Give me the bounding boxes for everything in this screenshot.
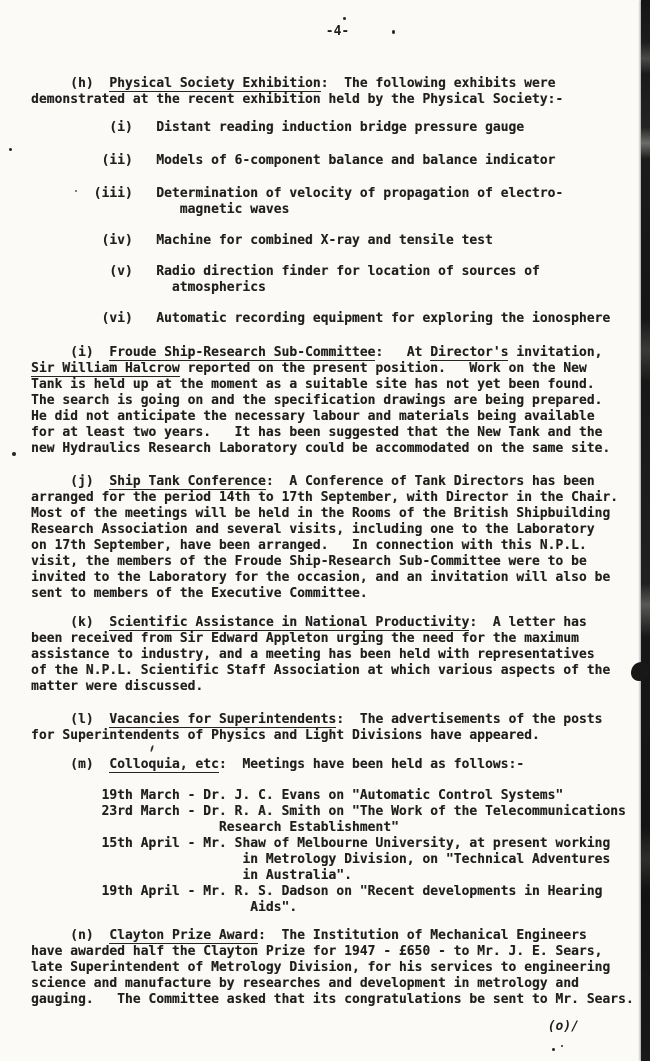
text-line: Research Association and several visits,…: [31, 522, 650, 538]
scan-edge-strip: [641, 0, 650, 1061]
text-line: in Metrology Division, on "Technical Adv…: [31, 852, 650, 868]
text-segment: in Metrology Division, on "Technical Adv…: [31, 852, 610, 867]
text-line: been received from Sir Edward Appleton u…: [31, 631, 650, 647]
underlined-heading-text: Clayton Prize Award: [109, 928, 258, 944]
underlined-heading-text: Sir William Halcrow: [31, 361, 180, 377]
text-segment: for Superintendents of Physics and Light…: [31, 728, 540, 743]
document-body: (h) Physical Society Exhibition: The fol…: [31, 76, 650, 1008]
text-segment: : At: [375, 345, 430, 360]
text-segment: visit, the members of the Froude Ship-Re…: [31, 554, 587, 569]
list-item-iv: (iv) Machine for combined X-ray and tens…: [31, 233, 650, 249]
paragraph-h-physical-society-exhibition: (h) Physical Society Exhibition: The fol…: [31, 76, 650, 108]
text-line: (i) Distant reading induction bridge pre…: [31, 120, 650, 136]
scan-speck: [392, 30, 395, 34]
text-segment: (n): [31, 928, 109, 943]
text-line: on 17th September, have been arranged. I…: [31, 538, 650, 554]
text-line: (j) Ship Tank Conference: A Conference o…: [31, 474, 650, 490]
paragraph-m-colloquia: (m) Colloquia, etc: Meetings have been h…: [31, 757, 650, 773]
text-line: of the N.P.L. Scientific Staff Associati…: [31, 663, 650, 679]
text-segment: : A letter has: [469, 615, 586, 630]
text-segment: 19th April - Mr. R. S. Dadson on "Recent…: [31, 884, 602, 899]
text-line: (iii) Determination of velocity of propa…: [31, 186, 650, 202]
text-segment: : The Institution of Mechanical Engineer…: [258, 928, 587, 943]
page-content: -4- (h) Physical Society Exhibition: The…: [0, 0, 650, 1035]
text-segment: in Australia".: [31, 868, 352, 883]
scan-speck: [561, 1045, 563, 1047]
text-segment: 23rd March - Dr. R. A. Smith on "The Wor…: [31, 804, 626, 819]
text-line: He did not anticipate the necessary labo…: [31, 409, 650, 425]
text-segment: Most of the meetings will be held in the…: [31, 506, 610, 521]
text-segment: matter were discussed.: [31, 679, 203, 694]
scanned-document-page: -4- (h) Physical Society Exhibition: The…: [0, 0, 650, 1061]
scan-speck: [75, 190, 77, 192]
text-line: gauging. The Committee asked that its co…: [31, 992, 650, 1008]
text-segment: 15th April - Mr. Shaw of Melbourne Unive…: [31, 836, 610, 851]
text-segment: arranged for the period 14th to 17th Sep…: [31, 490, 618, 505]
text-line: invited to the Laboratory for the occasi…: [31, 570, 650, 586]
paragraph-n-clayton-prize-award: (n) Clayton Prize Award: The Institution…: [31, 928, 650, 1008]
text-segment: have awarded half the Clayton Prize for …: [31, 944, 602, 959]
text-segment: (iv) Machine for combined X-ray and tens…: [31, 233, 493, 248]
text-segment: atmospherics: [31, 280, 266, 295]
text-segment: science and manufacture by researches an…: [31, 976, 579, 991]
text-segment: (i) Distant reading induction bridge pre…: [31, 120, 524, 135]
text-line: (ii) Models of 6-component balance and b…: [31, 153, 650, 169]
text-line: magnetic waves: [31, 202, 650, 218]
text-segment: for at least two years. It has been sugg…: [31, 425, 602, 440]
text-line: (k) Scientific Assistance in National Pr…: [31, 615, 650, 631]
text-line: (h) Physical Society Exhibition: The fol…: [31, 76, 650, 92]
text-segment: of the N.P.L. Scientific Staff Associati…: [31, 663, 610, 678]
text-line: late Superintendent of Metrology Divisio…: [31, 960, 650, 976]
list-item-vi: (vi) Automatic recording equipment for e…: [31, 311, 650, 327]
scan-speck: [9, 148, 12, 151]
continuation-marker: (o)/: [31, 1019, 650, 1035]
text-segment: assistance to industry, and a meeting ha…: [31, 647, 595, 662]
text-segment: : Meetings have been held as follows:-: [219, 757, 524, 772]
text-line: (l) Vacancies for Superintendents: The a…: [31, 712, 650, 728]
text-segment: (i): [31, 345, 109, 360]
text-segment: (m): [31, 757, 109, 772]
page-number-text: -4-: [326, 24, 349, 39]
text-segment: demonstrated at the recent exhibition he…: [31, 92, 563, 107]
text-segment: : The following exhibits were: [321, 76, 556, 91]
text-line: 19th March - Dr. J. C. Evans on "Automat…: [31, 788, 650, 804]
text-line: The search is going on and the specifica…: [31, 393, 650, 409]
text-line: (i) Froude Ship-Research Sub-Committee: …: [31, 345, 650, 361]
text-segment: (k): [31, 615, 109, 630]
text-segment: Tank is held up at the moment as a suita…: [31, 377, 595, 392]
text-segment: (iii) Determination of velocity of propa…: [31, 186, 563, 201]
list-item-i: (i) Distant reading induction bridge pre…: [31, 120, 650, 136]
scan-speck: [12, 452, 16, 456]
text-segment: (ii) Models of 6-component balance and b…: [31, 153, 555, 168]
text-line: (m) Colloquia, etc: Meetings have been h…: [31, 757, 650, 773]
scan-speck: [343, 17, 346, 20]
text-segment: He did not anticipate the necessary labo…: [31, 409, 595, 424]
text-segment: been received from Sir Edward Appleton u…: [31, 631, 579, 646]
text-line: visit, the members of the Froude Ship-Re…: [31, 554, 650, 570]
underlined-heading-text: Colloquia, etc: [109, 757, 219, 773]
text-line: Aids".: [31, 900, 650, 916]
text-line: (v) Radio direction finder for location …: [31, 264, 650, 280]
text-line: in Australia".: [31, 868, 650, 884]
underlined-heading-text: Director's: [430, 345, 508, 361]
paragraph-l-vacancies: (l) Vacancies for Superintendents: The a…: [31, 712, 650, 744]
text-line: 19th April - Mr. R. S. Dadson on "Recent…: [31, 884, 650, 900]
text-segment: new Hydraulics Research Laboratory could…: [31, 441, 610, 456]
text-segment: (h): [31, 76, 109, 91]
text-segment: (vi) Automatic recording equipment for e…: [31, 311, 610, 326]
colloquia-meeting-list: 19th March - Dr. J. C. Evans on "Automat…: [31, 788, 650, 916]
text-line: 23rd March - Dr. R. A. Smith on "The Wor…: [31, 804, 650, 820]
continuation-text: (o)/: [548, 1019, 579, 1034]
paragraph-i-froude-ship-research: (i) Froude Ship-Research Sub-Committee: …: [31, 345, 650, 457]
page-number: -4-: [31, 24, 650, 40]
text-segment: on 17th September, have been arranged. I…: [31, 538, 587, 553]
text-segment: : A Conference of Tank Directors has bee…: [266, 474, 595, 489]
text-segment: invitation,: [508, 345, 602, 360]
text-segment: 19th March - Dr. J. C. Evans on "Automat…: [31, 788, 563, 803]
text-segment: reported on the present position. Work o…: [180, 361, 587, 376]
text-segment: Research Establishment": [31, 820, 399, 835]
text-line: Most of the meetings will be held in the…: [31, 506, 650, 522]
text-segment: : The advertisements of the posts: [336, 712, 602, 727]
text-line: have awarded half the Clayton Prize for …: [31, 944, 650, 960]
text-segment: magnetic waves: [31, 202, 289, 217]
text-line: (n) Clayton Prize Award: The Institution…: [31, 928, 650, 944]
text-line: atmospherics: [31, 280, 650, 296]
text-line: Sir William Halcrow reported on the pres…: [31, 361, 650, 377]
text-segment: The search is going on and the specifica…: [31, 393, 602, 408]
text-line: 15th April - Mr. Shaw of Melbourne Unive…: [31, 836, 650, 852]
text-segment: (l): [31, 712, 109, 727]
scan-speck: [552, 1048, 555, 1051]
text-line: Tank is held up at the moment as a suita…: [31, 377, 650, 393]
underlined-heading-text: Froude Ship-Research Sub-Committee: [109, 345, 375, 361]
underlined-heading-text: Ship Tank Conference: [109, 474, 266, 490]
text-line: (iv) Machine for combined X-ray and tens…: [31, 233, 650, 249]
list-item-iii: (iii) Determination of velocity of propa…: [31, 186, 650, 218]
text-segment: gauging. The Committee asked that its co…: [31, 992, 634, 1007]
list-item-ii: (ii) Models of 6-component balance and b…: [31, 153, 650, 169]
text-segment: Aids".: [31, 900, 297, 915]
text-segment: sent to members of the Executive Committ…: [31, 586, 368, 601]
text-line: Research Establishment": [31, 820, 650, 836]
text-line: (vi) Automatic recording equipment for e…: [31, 311, 650, 327]
underlined-heading-text: Physical Society Exhibition: [109, 76, 320, 92]
text-segment: (j): [31, 474, 109, 489]
text-line: new Hydraulics Research Laboratory could…: [31, 441, 650, 457]
text-line: arranged for the period 14th to 17th Sep…: [31, 490, 650, 506]
text-segment: (v) Radio direction finder for location …: [31, 264, 540, 279]
paragraph-k-scientific-assistance: (k) Scientific Assistance in National Pr…: [31, 615, 650, 695]
underlined-heading-text: Vacancies for Superintendents: [109, 712, 336, 728]
paragraph-j-ship-tank-conference: (j) Ship Tank Conference: A Conference o…: [31, 474, 650, 602]
list-item-v: (v) Radio direction finder for location …: [31, 264, 650, 296]
text-line: assistance to industry, and a meeting ha…: [31, 647, 650, 663]
text-line: for Superintendents of Physics and Light…: [31, 728, 650, 744]
text-line: sent to members of the Executive Committ…: [31, 586, 650, 602]
text-segment: Research Association and several visits,…: [31, 522, 595, 537]
text-line: matter were discussed.: [31, 679, 650, 695]
text-segment: invited to the Laboratory for the occasi…: [31, 570, 610, 585]
text-line: demonstrated at the recent exhibition he…: [31, 92, 650, 108]
text-line: science and manufacture by researches an…: [31, 976, 650, 992]
text-segment: late Superintendent of Metrology Divisio…: [31, 960, 610, 975]
text-line: for at least two years. It has been sugg…: [31, 425, 650, 441]
underlined-heading-text: Scientific Assistance in National Produc…: [109, 615, 469, 631]
